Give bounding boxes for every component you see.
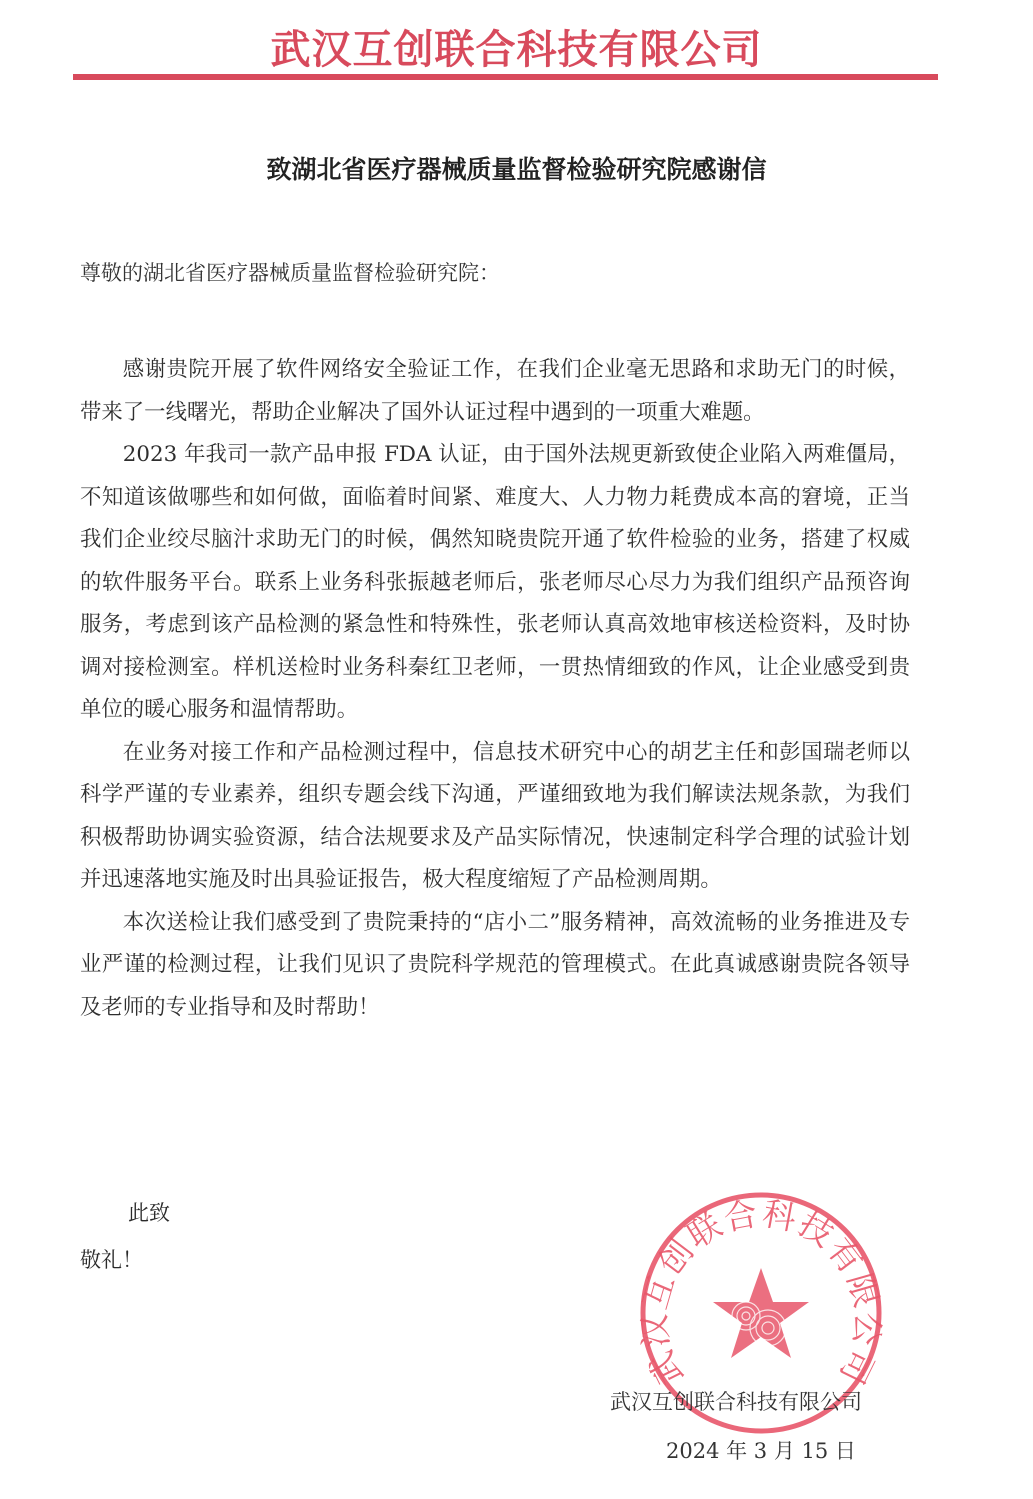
closing-jing-li: 敬礼！ xyxy=(80,1244,143,1274)
star-icon xyxy=(713,1268,809,1358)
letterhead-divider xyxy=(73,74,938,80)
signature-company: 武汉互创联合科技有限公司 xyxy=(610,1386,862,1416)
letter-title: 致湖北省医疗器械质量监督检验研究院感谢信 xyxy=(0,150,1033,186)
closing-ci-zhi: 此致 xyxy=(128,1197,170,1227)
body-paragraph: 在业务对接工作和产品检测过程中，信息技术研究中心的胡艺主任和彭国瑞老师以科学严谨… xyxy=(80,732,910,902)
body-paragraph: 本次送检让我们感受到了贵院秉持的“店小二”服务精神，高效流畅的业务推进及专业严谨… xyxy=(80,902,910,1030)
letter-salutation: 尊敬的湖北省医疗器械质量监督检验研究院： xyxy=(80,257,500,287)
body-paragraph: 感谢贵院开展了软件网络安全验证工作，在我们企业毫无思路和求助无门的时候，带来了一… xyxy=(80,349,910,434)
letterhead-company-name: 武汉互创联合科技有限公司 xyxy=(0,18,1033,75)
letter-body: 感谢贵院开展了软件网络安全验证工作，在我们企业毫无思路和求助无门的时候，带来了一… xyxy=(80,349,910,1029)
body-paragraph: 2023 年我司一款产品申报 FDA 认证，由于国外法规更新致使企业陷入两难僵局… xyxy=(80,434,910,732)
signature-date: 2024 年 3 月 15 日 xyxy=(666,1435,856,1465)
